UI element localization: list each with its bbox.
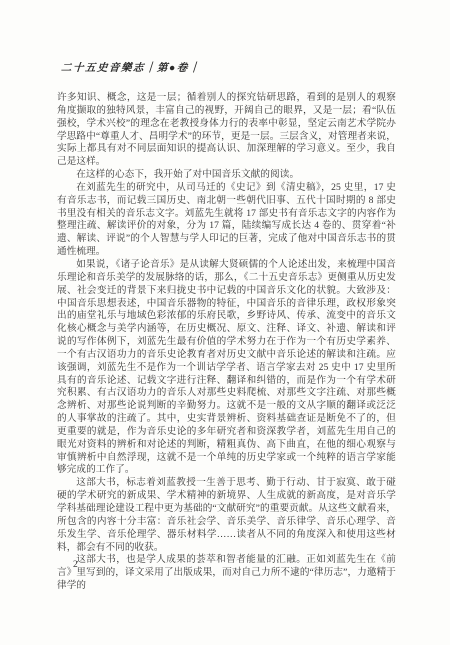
body-text: 许多知识、概念，这是一层；循着别人的探究钻研思路，看到的是别人的观察角度撷取的独… xyxy=(57,92,396,593)
paragraph: 如果说，《诸子论音乐》是从读解大贤硕儒的个人论述出发，来梳理中国音乐理论和音乐美… xyxy=(57,259,396,477)
paragraph: 在这样的心态下，我开始了对中国音乐文献的阅读。 xyxy=(57,169,396,182)
page-number: 2 xyxy=(73,560,78,570)
book-page: 二十五史音樂志｜第●卷｜ 许多知识、概念，这是一层；循着别人的探究钻研思路，看到… xyxy=(0,0,450,645)
running-head-title: 二十五史音樂志｜第●卷｜ xyxy=(60,60,201,75)
paragraph: 在刘蓝先生的研究中，从司马迁的《史记》到《清史稿》，25 史里，17 史有音乐志… xyxy=(57,182,396,259)
paragraph: 这部大书，标志着刘蓝教授一生善于思考、勤于行动、甘于寂寞、敢于碰硬的学术研究的新… xyxy=(57,477,396,554)
paragraph: 许多知识、概念，这是一层；循着别人的探究钻研思路，看到的是别人的观察角度撷取的独… xyxy=(57,92,396,169)
scanned-page-canvas: 二十五史音樂志｜第●卷｜ 许多知识、概念，这是一层；循着别人的探究钻研思路，看到… xyxy=(0,0,450,645)
paragraph: 这部大书，也是学人成果的荟萃和智者能量的汇融。正如刘蓝先生在《前言》里写到的，译… xyxy=(57,554,396,593)
